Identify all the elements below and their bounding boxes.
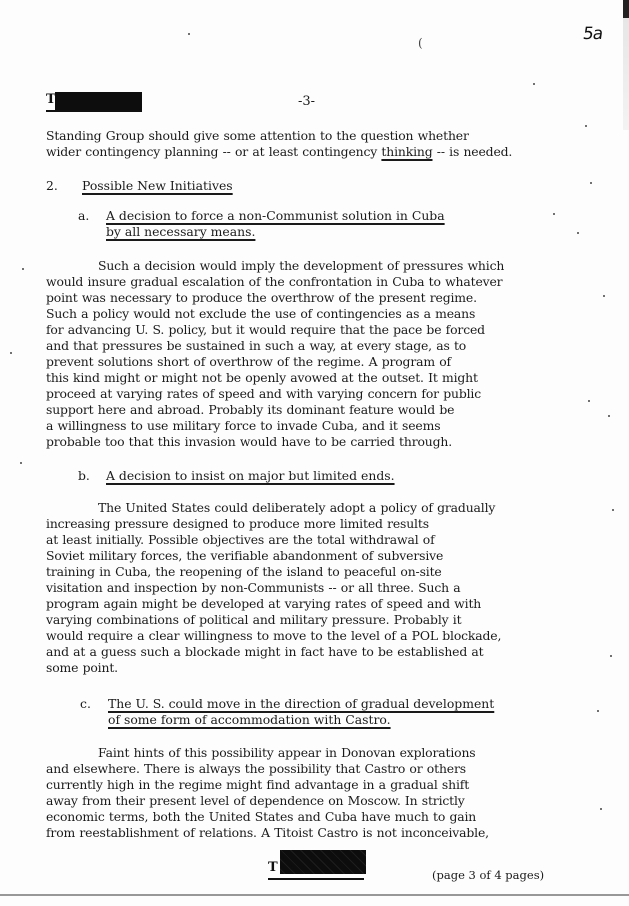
paragraph-line: would insure gradual escalation of the c… [46,274,606,290]
handwritten-annotation: 5a [582,24,604,44]
option-title-line: A decision to insist on major but limite… [106,468,395,484]
paragraph-line: proceed at varying rates of speed and wi… [46,386,606,402]
intro-paragraph: Standing Group should give some attentio… [46,128,606,160]
paragraph-line: training in Cuba, the reopening of the i… [46,564,606,580]
paragraph-line: program again might be developed at vary… [46,596,606,612]
option-label: c. [80,696,91,712]
paragraph-line: away from their present level of depende… [46,793,606,809]
paragraph-line: visitation and inspection by non-Communi… [46,580,606,596]
option-title-line: by all necessary means. [106,224,445,240]
scan-bottom-edge [0,894,629,896]
paragraph-line: Soviet military forces, the verifiable a… [46,548,606,564]
page-number: -3- [298,94,315,109]
option-paragraph: Such a decision would imply the developm… [46,258,606,450]
option-title-line: of some form of accommodation with Castr… [108,712,494,728]
option-label: a. [78,208,89,224]
paragraph-line: for advancing U. S. policy, but it would… [46,322,606,338]
paragraph-line: and that pressures be sustained in such … [46,338,606,354]
paragraph-line: varying combinations of political and mi… [46,612,606,628]
option-title-line: The U. S. could move in the direction of… [108,696,494,712]
paragraph-line: from reestablishment of relations. A Tit… [46,825,606,841]
classification-marking-bottom: T [268,860,278,875]
classification-underline [268,878,364,880]
paragraph-line: and elsewhere. There is always the possi… [46,761,606,777]
page-header: T -3- [46,92,586,116]
document-page: ( 5a T -3- Standing Group should give so… [0,0,629,906]
paragraph-line: this kind might or might not be openly a… [46,370,606,386]
classification-letter: T [46,92,56,107]
paragraph-line: currently high in the regime might find … [46,777,606,793]
option-label: b. [78,468,90,484]
stray-mark: ( [418,36,423,50]
section-number: 2. [46,178,58,194]
option-paragraph: The United States could deliberately ado… [46,500,606,676]
intro-line: Standing Group should give some attentio… [46,128,606,144]
paragraph-line: and at a guess such a blockade might in … [46,644,606,660]
paragraph-line: increasing pressure designed to produce … [46,516,606,532]
classification-marking-top: T [46,92,56,107]
option-title: The U. S. could move in the direction of… [108,696,494,728]
emphasized-word: thinking [381,144,432,159]
paragraph-line: economic terms, both the United States a… [46,809,606,825]
paragraph-line: Such a policy would not exclude the use … [46,306,606,322]
paragraph-line: prevent solutions short of overthrow of … [46,354,606,370]
option-title: A decision to force a non-Communist solu… [106,208,445,240]
paragraph-line: point was necessary to produce the overt… [46,290,606,306]
paragraph-line: Faint hints of this possibility appear i… [46,745,606,761]
classification-underline [46,110,142,112]
paragraph-line: some point. [46,660,606,676]
paragraph-line: at least initially. Possible objectives … [46,532,606,548]
option-title-line: A decision to force a non-Communist solu… [106,208,445,224]
intro-line: wider contingency planning -- or at leas… [46,144,606,160]
option-title: A decision to insist on major but limite… [106,468,395,484]
paragraph-line: support here and abroad. Probably its do… [46,402,606,418]
paragraph-line: The United States could deliberately ado… [46,500,606,516]
redaction-block [55,92,142,111]
paragraph-line: would require a clear willingness to mov… [46,628,606,644]
paragraph-line: a willingness to use military force to i… [46,418,606,434]
paragraph-line: probable too that this invasion would ha… [46,434,606,450]
scan-edge-mark [623,0,629,130]
section-title: Possible New Initiatives [82,178,233,194]
redaction-block [280,850,366,874]
paragraph-line: Such a decision would imply the developm… [46,258,606,274]
option-paragraph: Faint hints of this possibility appear i… [46,745,606,841]
page-count: (page 3 of 4 pages) [432,868,544,882]
